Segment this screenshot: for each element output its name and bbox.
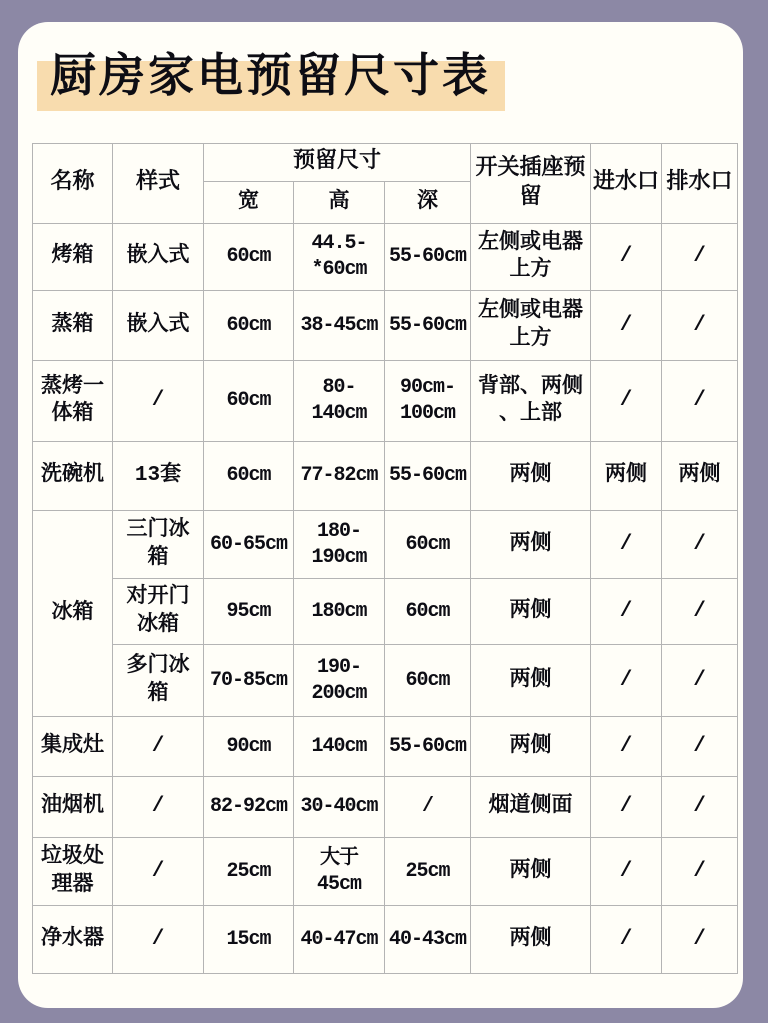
cell-style: / [113, 777, 204, 838]
cell-inlet: / [591, 777, 662, 838]
cell-name: 烤箱 [33, 224, 113, 291]
table-row-steam-oven-combo: 蒸烤一 体箱 / 60cm 80- 140cm 90cm- 100cm 背部、两… [33, 361, 738, 442]
cell-socket: 两侧 [471, 442, 591, 511]
table-row-fridge-multi-door: 多门冰 箱 70-85cm 190- 200cm 60cm 两侧 / / [33, 645, 738, 717]
table-row-steamer: 蒸箱 嵌入式 60cm 38-45cm 55-60cm 左侧或电器 上方 / / [33, 291, 738, 361]
cell-style: 多门冰 箱 [113, 645, 204, 717]
cell-inlet: / [591, 838, 662, 906]
cell-width: 15cm [204, 906, 294, 974]
header-depth: 深 [385, 182, 471, 224]
cell-socket: 两侧 [471, 717, 591, 777]
cell-style: 嵌入式 [113, 291, 204, 361]
content-card: 厨房家电预留尺寸表 名称 样式 预留尺寸 开关插座预 留 进水口 排水口 宽 高… [18, 22, 743, 1008]
cell-drain: 两侧 [662, 442, 738, 511]
cell-drain: / [662, 717, 738, 777]
table-row-integrated-stove: 集成灶 / 90cm 140cm 55-60cm 两侧 / / [33, 717, 738, 777]
cell-inlet: / [591, 224, 662, 291]
cell-width: 60cm [204, 442, 294, 511]
cell-inlet: / [591, 645, 662, 717]
cell-drain: / [662, 645, 738, 717]
table-row-garbage-disposal: 垃圾处 理器 / 25cm 大于 45cm 25cm 两侧 / / [33, 838, 738, 906]
header-socket: 开关插座预 留 [471, 144, 591, 224]
header-row-1: 名称 样式 预留尺寸 开关插座预 留 进水口 排水口 [33, 144, 738, 182]
cell-depth: 90cm- 100cm [385, 361, 471, 442]
table-row-water-purifier: 净水器 / 15cm 40-47cm 40-43cm 两侧 / / [33, 906, 738, 974]
cell-name: 蒸烤一 体箱 [33, 361, 113, 442]
cell-socket: 左侧或电器 上方 [471, 291, 591, 361]
table-row-oven: 烤箱 嵌入式 60cm 44.5- *60cm 55-60cm 左侧或电器 上方… [33, 224, 738, 291]
cell-width: 25cm [204, 838, 294, 906]
cell-height: 77-82cm [294, 442, 385, 511]
cell-height: 30-40cm [294, 777, 385, 838]
cell-inlet: / [591, 291, 662, 361]
cell-drain: / [662, 361, 738, 442]
cell-depth: / [385, 777, 471, 838]
cell-inlet: / [591, 361, 662, 442]
cell-inlet: / [591, 579, 662, 645]
cell-style: 三门冰 箱 [113, 511, 204, 579]
cell-width: 70-85cm [204, 645, 294, 717]
cell-name: 集成灶 [33, 717, 113, 777]
table-row-dishwasher: 洗碗机 13套 60cm 77-82cm 55-60cm 两侧 两侧 两侧 [33, 442, 738, 511]
cell-height: 140cm [294, 717, 385, 777]
header-size-group: 预留尺寸 [204, 144, 471, 182]
cell-socket: 两侧 [471, 645, 591, 717]
header-height: 高 [294, 182, 385, 224]
cell-name: 洗碗机 [33, 442, 113, 511]
cell-width: 90cm [204, 717, 294, 777]
cell-style: 13套 [113, 442, 204, 511]
cell-width: 60cm [204, 291, 294, 361]
cell-drain: / [662, 291, 738, 361]
cell-style: 嵌入式 [113, 224, 204, 291]
header-drain: 排水口 [662, 144, 738, 224]
cell-socket: 两侧 [471, 906, 591, 974]
cell-depth: 60cm [385, 579, 471, 645]
cell-height: 180- 190cm [294, 511, 385, 579]
cell-style: 对开门 冰箱 [113, 579, 204, 645]
cell-drain: / [662, 224, 738, 291]
cell-style: / [113, 838, 204, 906]
cell-width: 60cm [204, 224, 294, 291]
cell-depth: 40-43cm [385, 906, 471, 974]
cell-width: 95cm [204, 579, 294, 645]
cell-inlet: / [591, 511, 662, 579]
cell-drain: / [662, 511, 738, 579]
cell-depth: 25cm [385, 838, 471, 906]
cell-style: / [113, 906, 204, 974]
cell-style: / [113, 717, 204, 777]
cell-inlet: / [591, 906, 662, 974]
cell-socket: 烟道侧面 [471, 777, 591, 838]
cell-drain: / [662, 906, 738, 974]
table-row-fridge-side-by-side: 对开门 冰箱 95cm 180cm 60cm 两侧 / / [33, 579, 738, 645]
cell-drain: / [662, 777, 738, 838]
header-inlet: 进水口 [591, 144, 662, 224]
cell-height: 190- 200cm [294, 645, 385, 717]
cell-inlet: 两侧 [591, 442, 662, 511]
cell-height: 40-47cm [294, 906, 385, 974]
cell-width: 60cm [204, 361, 294, 442]
cell-socket: 两侧 [471, 579, 591, 645]
cell-depth: 60cm [385, 645, 471, 717]
cell-name: 净水器 [33, 906, 113, 974]
cell-depth: 60cm [385, 511, 471, 579]
table-row-fridge-three-door: 冰箱 三门冰 箱 60-65cm 180- 190cm 60cm 两侧 / / [33, 511, 738, 579]
cell-width: 60-65cm [204, 511, 294, 579]
page-title: 厨房家电预留尺寸表 [37, 48, 505, 111]
cell-height: 80- 140cm [294, 361, 385, 442]
cell-depth: 55-60cm [385, 224, 471, 291]
cell-drain: / [662, 838, 738, 906]
header-style: 样式 [113, 144, 204, 224]
cell-socket: 两侧 [471, 511, 591, 579]
cell-name: 垃圾处 理器 [33, 838, 113, 906]
cell-width: 82-92cm [204, 777, 294, 838]
header-name: 名称 [33, 144, 113, 224]
cell-socket: 背部、两侧 、上部 [471, 361, 591, 442]
cell-depth: 55-60cm [385, 291, 471, 361]
cell-height: 大于 45cm [294, 838, 385, 906]
cell-depth: 55-60cm [385, 442, 471, 511]
header-width: 宽 [204, 182, 294, 224]
cell-depth: 55-60cm [385, 717, 471, 777]
cell-socket: 两侧 [471, 838, 591, 906]
cell-style: / [113, 361, 204, 442]
cell-height: 38-45cm [294, 291, 385, 361]
cell-drain: / [662, 579, 738, 645]
cell-name: 蒸箱 [33, 291, 113, 361]
cell-height: 180cm [294, 579, 385, 645]
appliance-dimensions-table: 名称 样式 预留尺寸 开关插座预 留 进水口 排水口 宽 高 深 烤箱 嵌入式 … [32, 143, 738, 974]
cell-name-fridge-group: 冰箱 [33, 511, 113, 717]
cell-height: 44.5- *60cm [294, 224, 385, 291]
cell-name: 油烟机 [33, 777, 113, 838]
table-row-range-hood: 油烟机 / 82-92cm 30-40cm / 烟道侧面 / / [33, 777, 738, 838]
cell-inlet: / [591, 717, 662, 777]
title-block: 厨房家电预留尺寸表 [37, 48, 743, 111]
cell-socket: 左侧或电器 上方 [471, 224, 591, 291]
